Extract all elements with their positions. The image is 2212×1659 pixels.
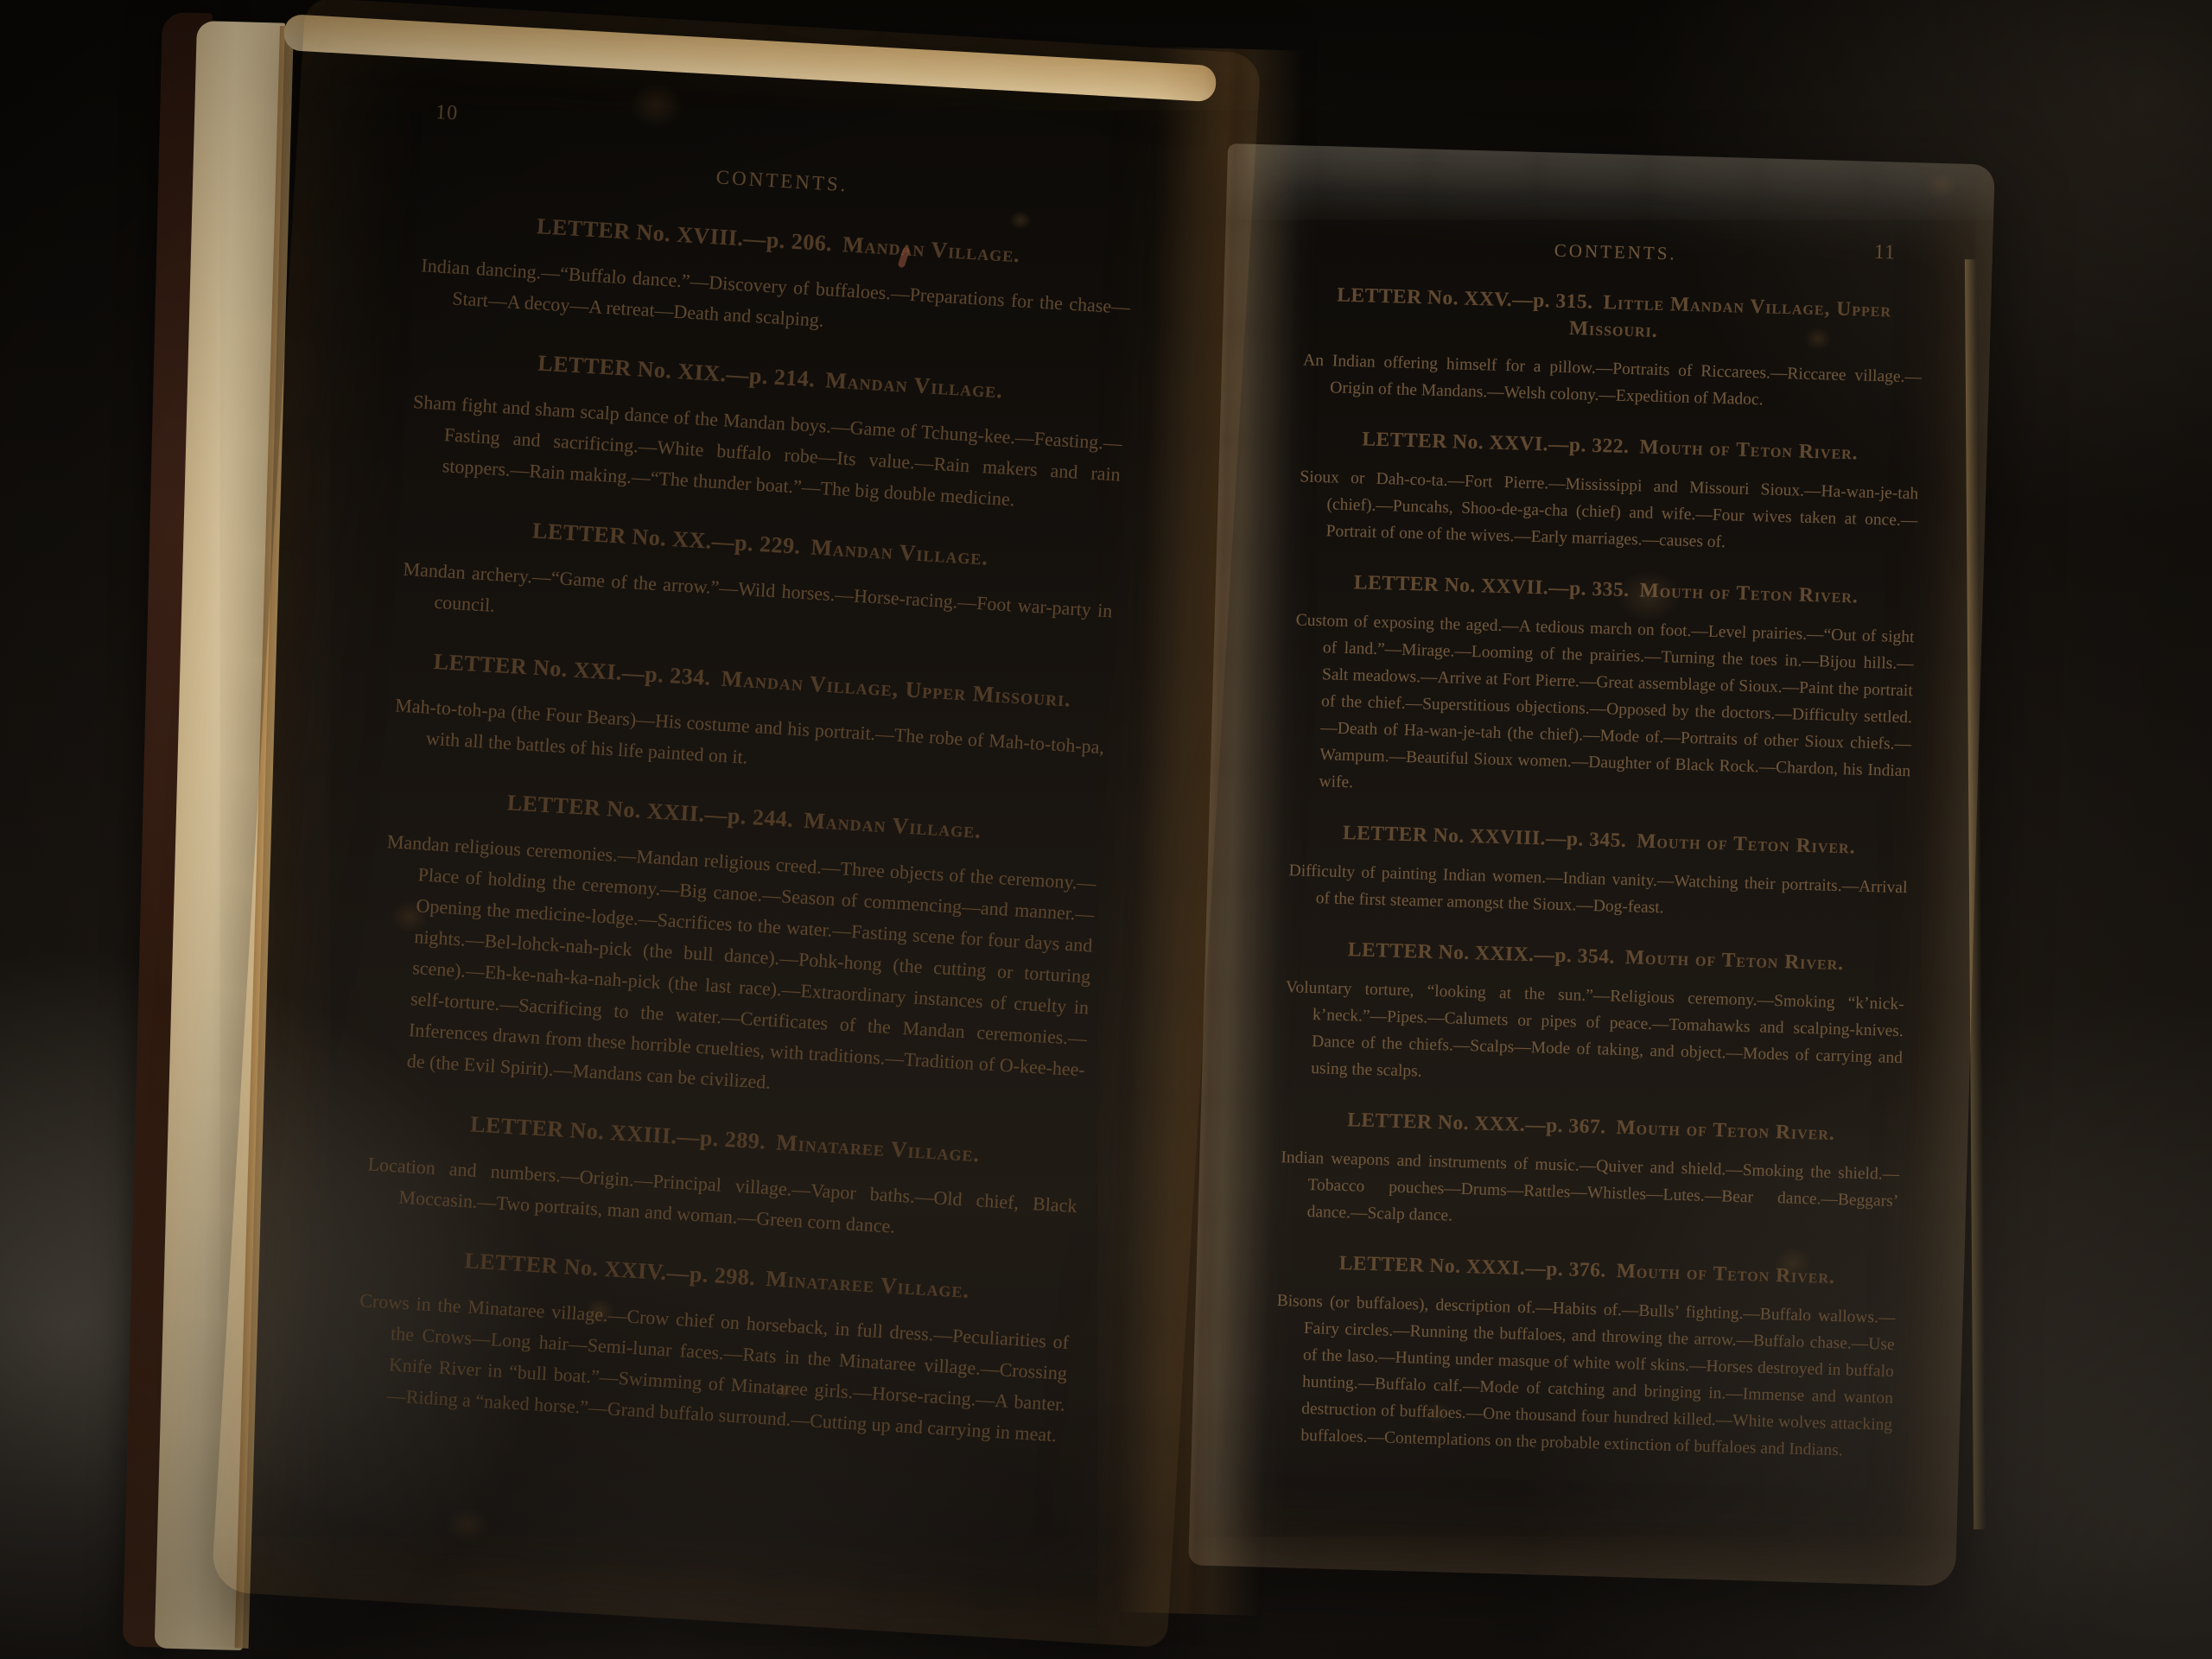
letter-number: LETTER No. XVIII.—p. 206. (536, 213, 833, 256)
page-number: 11 (1873, 239, 1896, 267)
letter-heading: LETTER No. XXXI.—p. 376.Mouth of Teton R… (1278, 1249, 1897, 1293)
letter-place: Mouth of Teton River. (1625, 946, 1845, 975)
left-page-content: 10 CONTENTS. LETTER No. XVIII.—p. 206.Ma… (353, 102, 1140, 1452)
letter-number: LETTER No. XXVII.—p. 335. (1354, 571, 1630, 601)
toc-entry: LETTER No. XXVII.—p. 335.Mouth of Teton … (1291, 568, 1916, 811)
letter-number: LETTER No. XXV.—p. 315. (1337, 284, 1593, 314)
letter-summary: Sham fight and sham scalp dance of the M… (409, 386, 1123, 522)
letter-place: Mandan Village. (842, 232, 1020, 267)
toc-entry: LETTER No. XVIII.—p. 206.Mandan Village.… (418, 205, 1134, 354)
letter-summary: Voluntary torture, “looking at the sun.”… (1283, 974, 1904, 1098)
book-photograph: 10 CONTENTS. LETTER No. XVIII.—p. 206.Ma… (0, 0, 2212, 1659)
letter-number: LETTER No. XXIII.—p. 289. (469, 1111, 766, 1154)
letter-place: Mandan Village. (824, 367, 1003, 403)
letter-place: Minataree Village. (765, 1266, 970, 1303)
letter-place: Mouth of Teton River. (1639, 579, 1859, 607)
letter-place: Mouth of Teton River. (1616, 1260, 1835, 1288)
right-page-content: 11 CONTENTS. LETTER No. XXV.—p. 315.Litt… (1273, 226, 1925, 1465)
letter-summary: Difficulty of painting Indian women.—Ind… (1287, 857, 1907, 928)
right-page: 11 CONTENTS. LETTER No. XXV.—p. 315.Litt… (1188, 143, 1995, 1586)
left-page: 10 CONTENTS. LETTER No. XVIII.—p. 206.Ma… (211, 0, 1262, 1648)
letter-heading: LETTER No. XXV.—p. 315.Little Mandan Vil… (1304, 281, 1923, 352)
toc-entry: LETTER No. XXII.—p. 244.Mandan Village. … (373, 781, 1100, 1116)
toc-entry: LETTER No. XXVIII.—p. 345.Mouth of Teton… (1287, 818, 1909, 928)
toc-entry: LETTER No. XXV.—p. 315.Little Mandan Vil… (1302, 281, 1924, 417)
letter-place: Mandan Village. (810, 535, 989, 570)
letter-place: Mouth of Teton River. (1637, 829, 1856, 858)
letter-summary: Sioux or Dah-co-ta.—Fort Pierre.—Mississ… (1298, 463, 1918, 561)
letter-heading: LETTER No. XXIX.—p. 354.Mouth of Teton R… (1287, 935, 1906, 979)
letter-number: LETTER No. XXIV.—p. 298. (464, 1248, 756, 1290)
letter-place: Mouth of Teton River. (1639, 435, 1859, 464)
letter-place: Mandan Village, Upper Missouri. (721, 666, 1072, 712)
letter-number: LETTER No. XXVI.—p. 322. (1362, 428, 1630, 458)
letter-number: LETTER No. XXVIII.—p. 345. (1343, 822, 1627, 852)
toc-entry: LETTER No. XIX.—p. 214.Mandan Village. S… (409, 341, 1126, 521)
letter-summary: Crows in the Minataree village.—Crow chi… (353, 1285, 1070, 1451)
toc-entry: LETTER No. XXVI.—p. 322.Mouth of Teton R… (1298, 424, 1920, 561)
toc-entry: LETTER No. XXI.—p. 234.Mandan Village, U… (392, 645, 1108, 794)
toc-entry: LETTER No. XXIV.—p. 298.Minataree Villag… (353, 1240, 1072, 1451)
toc-entry: LETTER No. XXXI.—p. 376.Mouth of Teton R… (1273, 1249, 1897, 1465)
toc-entry: LETTER No. XXX.—p. 367.Mouth of Teton Ri… (1279, 1105, 1901, 1242)
letter-number: LETTER No. XIX.—p. 214. (537, 350, 817, 391)
letter-number: LETTER No. XXX.—p. 367. (1347, 1109, 1606, 1138)
letter-heading: LETTER No. XXVII.—p. 335.Mouth of Teton … (1297, 568, 1916, 612)
letter-place: Minataree Village. (775, 1129, 981, 1166)
page-number: 10 (435, 97, 459, 129)
letter-heading: LETTER No. XXVIII.—p. 345.Mouth of Teton… (1289, 818, 1909, 862)
letter-number: LETTER No. XXIX.—p. 354. (1348, 938, 1616, 969)
letter-summary: An Indian offering himself for a pillow.… (1302, 346, 1922, 417)
letter-place: Little Mandan Village, Upper Missouri. (1569, 291, 1892, 342)
letter-place: Mouth of Teton River. (1616, 1116, 1835, 1145)
toc-entry: LETTER No. XXIX.—p. 354.Mouth of Teton R… (1283, 935, 1905, 1098)
toc-entry: LETTER No. XXIII.—p. 289.Minataree Villa… (365, 1104, 1081, 1254)
right-page-header: 11 (1306, 226, 1925, 277)
letter-number: LETTER No. XXI.—p. 234. (433, 649, 712, 690)
letter-summary: Bisons (or buffaloes), description of.—H… (1273, 1287, 1896, 1465)
toc-entry: LETTER No. XX.—p. 229.Mandan Village. Ma… (401, 509, 1116, 658)
letter-number: LETTER No. XXII.—p. 244. (506, 790, 794, 832)
letter-summary: Custom of exposing the aged.—A tedious m… (1291, 607, 1915, 811)
letter-place: Mandan Village. (804, 808, 982, 843)
letter-heading: LETTER No. XXX.—p. 367.Mouth of Teton Ri… (1281, 1105, 1901, 1149)
letter-number: LETTER No. XX.—p. 229. (531, 518, 801, 558)
letter-heading: LETTER No. XXVI.—p. 322.Mouth of Teton R… (1300, 424, 1920, 468)
letter-summary: Mandan religious ceremonies.—Mandan reli… (373, 826, 1097, 1116)
letter-summary: Indian weapons and instruments of music.… (1279, 1144, 1899, 1242)
letter-number: LETTER No. XXXI.—p. 376. (1338, 1252, 1606, 1282)
